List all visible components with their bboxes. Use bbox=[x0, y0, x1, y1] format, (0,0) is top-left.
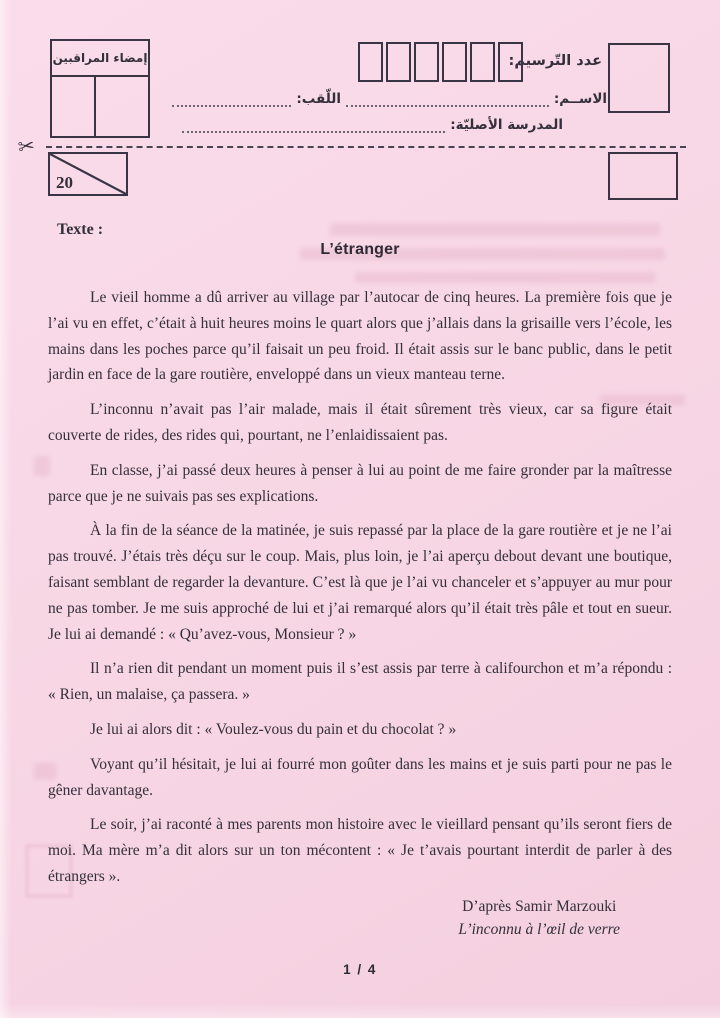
invigilators-signature-box: إمضاء المراقبين bbox=[50, 39, 150, 138]
text-paragraph: L’inconnu n’avait pas l’air malade, mais… bbox=[48, 397, 672, 449]
registration-digit-cell bbox=[414, 42, 439, 82]
text-paragraph: Il n’a rien dit pendant un moment puis i… bbox=[48, 656, 672, 708]
text-paragraph: Je lui ai alors dit : « Voulez-vous du p… bbox=[48, 717, 672, 743]
total-score-value: 20 bbox=[56, 173, 73, 193]
registration-digit-cell bbox=[470, 42, 495, 82]
invigilator-signature-cell bbox=[96, 77, 148, 136]
attribution-work-title: L’inconnu à l’œil de verre bbox=[458, 918, 620, 941]
name-fill-line bbox=[346, 90, 549, 107]
mark-entry-box bbox=[608, 152, 678, 200]
attribution: D’après Samir Marzouki L’inconnu à l’œil… bbox=[458, 895, 620, 941]
name-label: الاســم: bbox=[554, 91, 607, 107]
scan-edge-highlight bbox=[0, 0, 12, 1018]
text-paragraph: À la fin de la séance de la matinée, je … bbox=[48, 518, 672, 647]
corner-reference-box bbox=[608, 43, 670, 113]
scissors-icon: ✂ bbox=[16, 133, 36, 159]
name-surname-row: الاســم: اللّقب: bbox=[172, 90, 607, 107]
school-row: المدرسة الأصليّة: bbox=[182, 116, 563, 133]
surname-fill-line bbox=[172, 90, 291, 107]
text-paragraph: En classe, j’ai passé deux heures à pens… bbox=[48, 458, 672, 510]
page-number: 1 / 4 bbox=[0, 962, 720, 977]
registration-digit-cell bbox=[498, 42, 523, 82]
text-section-label: Texte : bbox=[57, 221, 103, 239]
cut-dashed-line bbox=[46, 146, 686, 148]
surname-label: اللّقب: bbox=[296, 91, 341, 107]
school-label: المدرسة الأصليّة: bbox=[450, 117, 563, 133]
attribution-author: D’après Samir Marzouki bbox=[458, 895, 620, 918]
bleed-through-mark bbox=[330, 223, 660, 236]
registration-digit-cell bbox=[386, 42, 411, 82]
score-box: 20 bbox=[48, 152, 128, 196]
school-fill-line bbox=[182, 116, 445, 133]
registration-digit-cell bbox=[358, 42, 383, 82]
bleed-through-mark bbox=[355, 272, 655, 283]
text-paragraph: Voyant qu’il hésitait, je lui ai fourré … bbox=[48, 752, 672, 804]
scanned-exam-page: إمضاء المراقبين عدد التّرسيم: الاســم: ا… bbox=[0, 0, 720, 1018]
scan-bottom-highlight bbox=[0, 1004, 720, 1018]
invigilator-signature-cell bbox=[52, 77, 96, 136]
registration-digit-boxes bbox=[358, 42, 523, 82]
text-paragraph: Le vieil homme a dû arriver au village p… bbox=[48, 285, 672, 388]
text-paragraph: Le soir, j’ai raconté à mes parents mon … bbox=[48, 812, 672, 889]
invigilators-box-title: إمضاء المراقبين bbox=[52, 41, 148, 77]
registration-digit-cell bbox=[442, 42, 467, 82]
invigilators-signature-cells bbox=[52, 77, 148, 136]
text-body: Le vieil homme a dû arriver au village p… bbox=[48, 285, 672, 899]
text-title: L’étranger bbox=[0, 241, 720, 259]
